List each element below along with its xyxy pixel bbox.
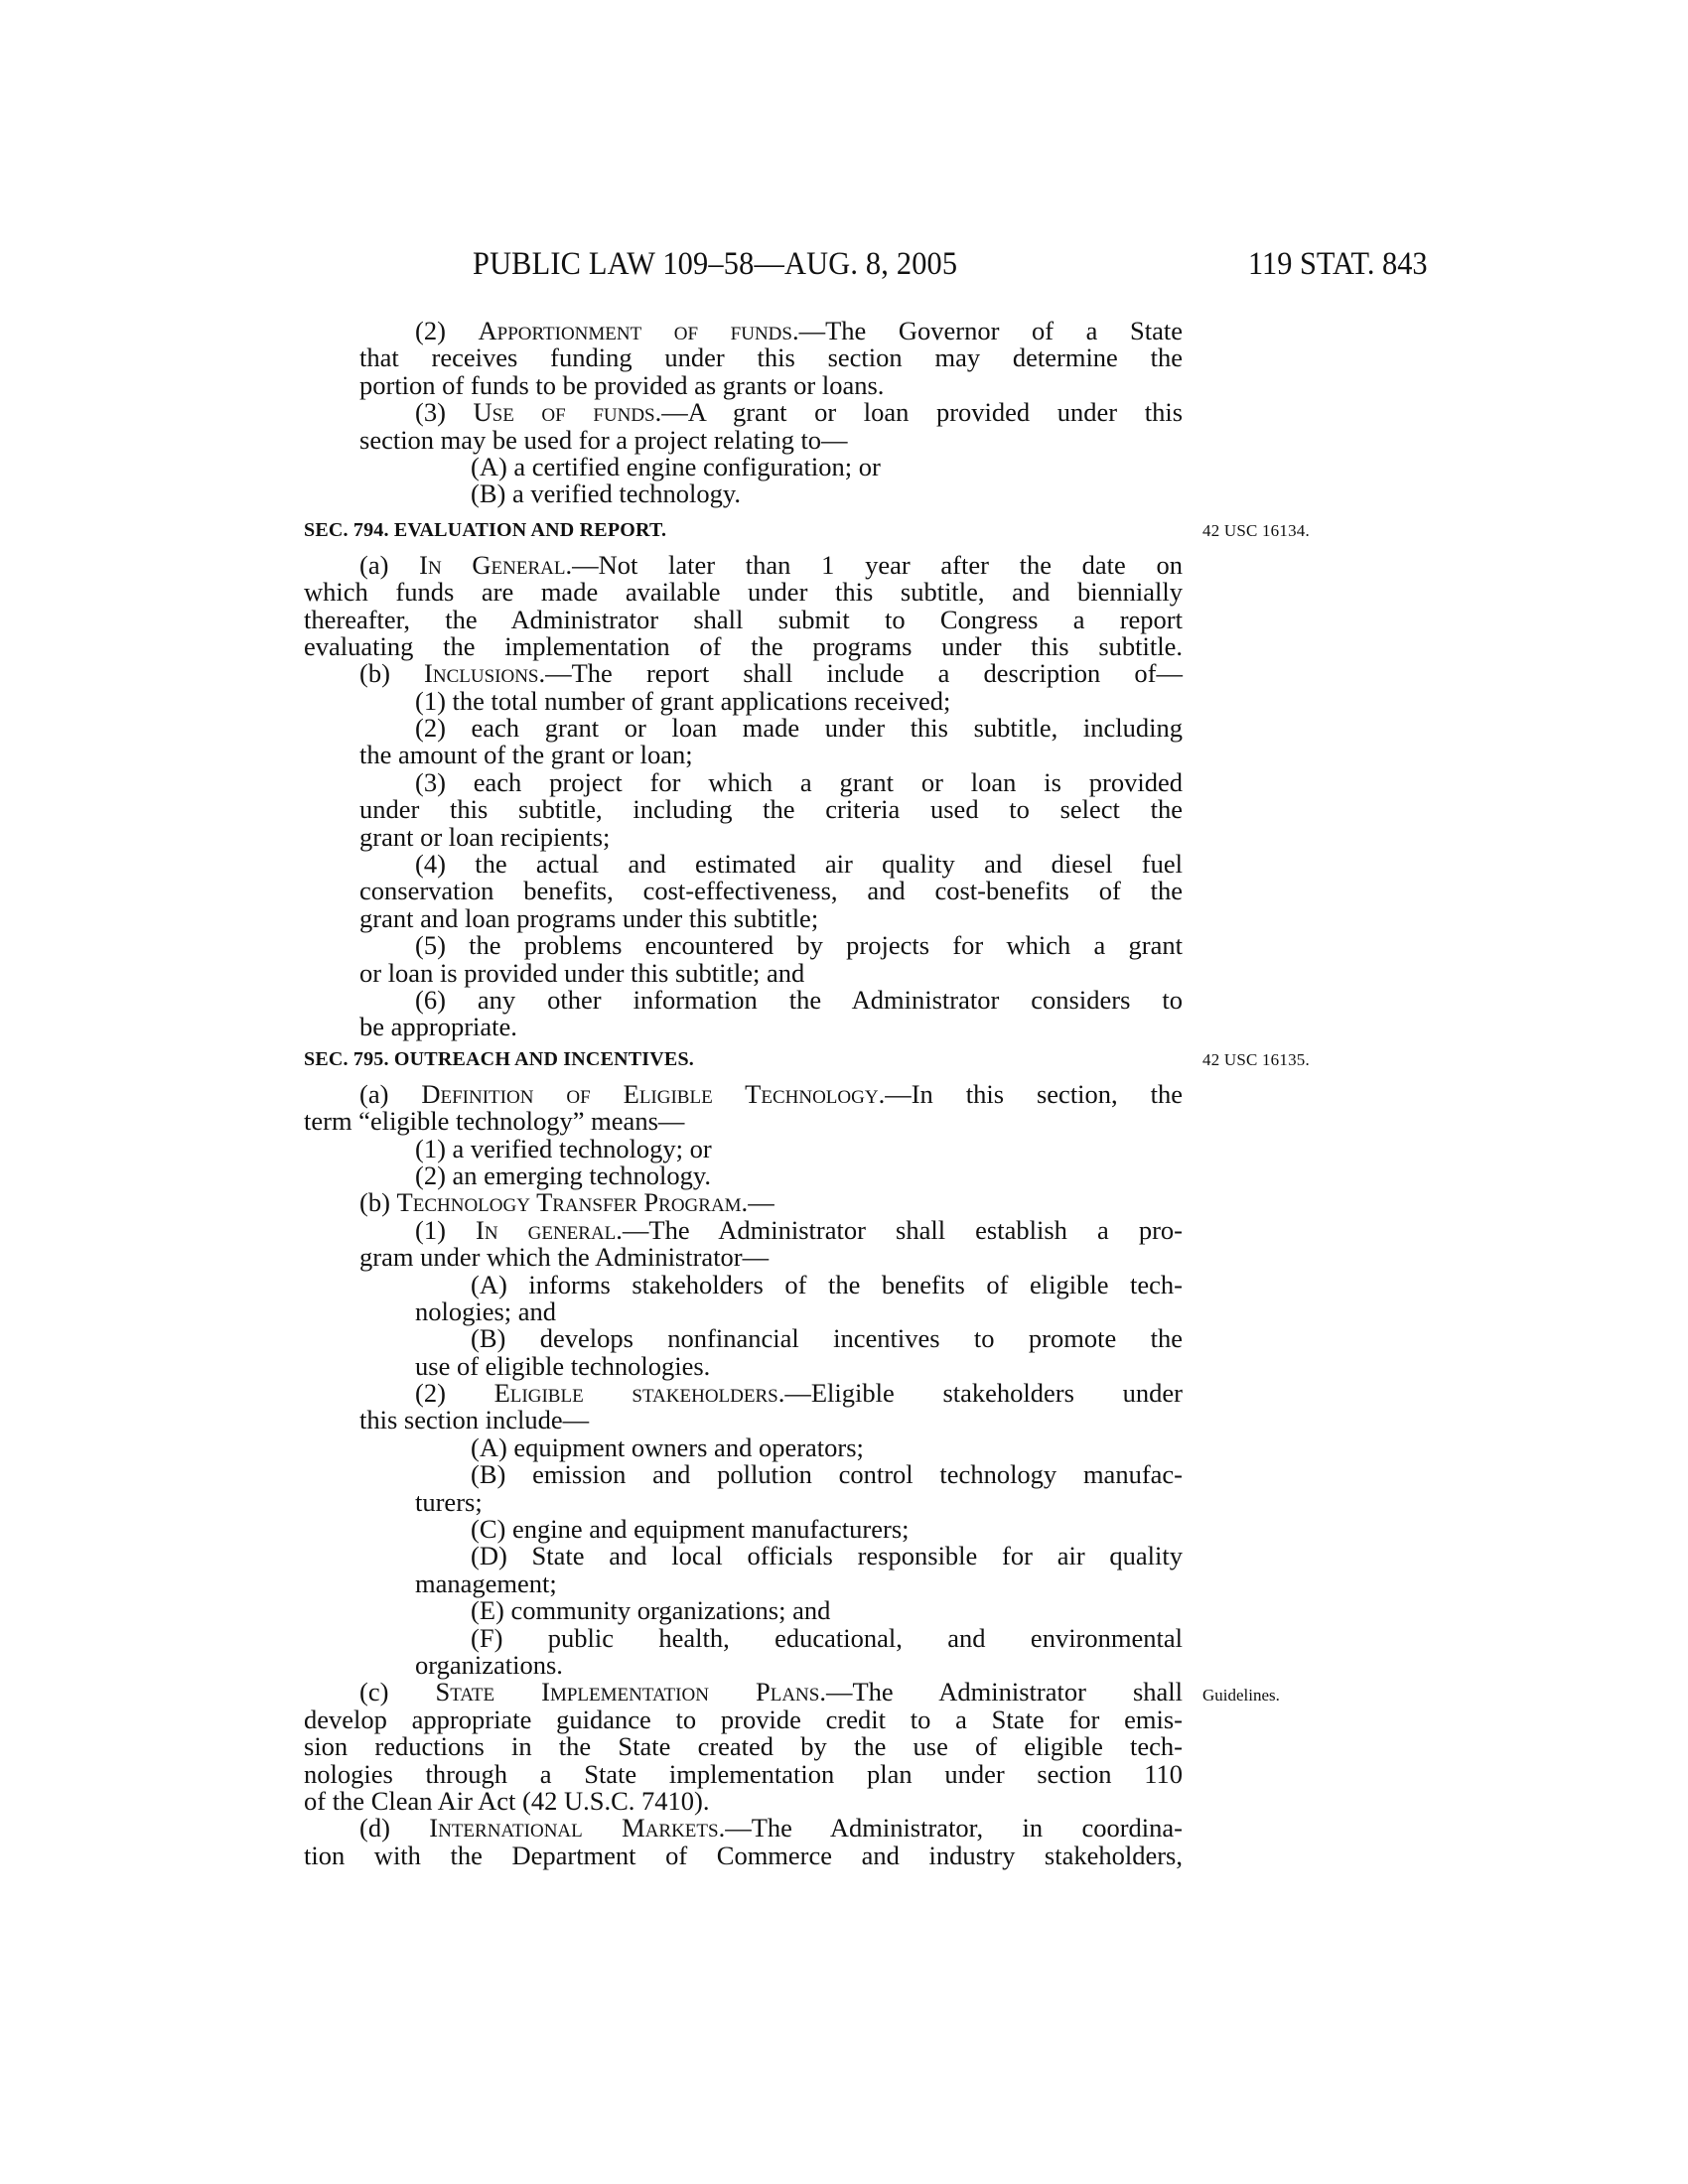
list-item: (E) community organizations; and bbox=[304, 1597, 1183, 1624]
usc-citation-note: 42 USC 16134. bbox=[1202, 517, 1310, 544]
list-item: (B) develops nonfinancial incentives to … bbox=[304, 1325, 1183, 1352]
public-law-title: PUBLIC LAW 109–58—AUG. 8, 2005 bbox=[473, 246, 957, 283]
guidelines-margin-note: Guidelines. bbox=[1202, 1682, 1280, 1708]
paragraph-heading: Use of funds. bbox=[474, 397, 662, 427]
subsection-794-b: (b) Inclusions.—The report shall include… bbox=[304, 660, 1183, 1040]
section-heading-794: SEC. 794. EVALUATION AND REPORT. 42 USC … bbox=[304, 517, 1396, 544]
subsection-795-b: (b) Technology Transfer Program.— (1) In… bbox=[304, 1189, 1183, 1679]
page-body: (2) Apportionment of funds.—The Governor… bbox=[304, 318, 1396, 1869]
list-item: (1) a verified technology; or bbox=[304, 1136, 1183, 1162]
paragraph-apportionment-of-funds: (2) Apportionment of funds.—The Governor… bbox=[304, 318, 1183, 399]
list-item: (B) emission and pollution control techn… bbox=[304, 1461, 1183, 1488]
list-item: (A) informs stakeholders of the benefits… bbox=[304, 1272, 1183, 1298]
section-heading-795: SEC. 795. OUTREACH AND INCENTIVES. 42 US… bbox=[304, 1046, 1396, 1073]
list-item: (F) public health, educational, and envi… bbox=[304, 1625, 1183, 1652]
list-item: (B) a verified technology. bbox=[304, 480, 1183, 507]
statute-page-number: 119 STAT. 843 bbox=[1248, 246, 1428, 283]
list-item: (3) each project for which a grant or lo… bbox=[304, 769, 1183, 796]
list-item: (6) any other information the Administra… bbox=[304, 987, 1183, 1014]
list-item: (A) a certified engine configuration; or bbox=[304, 454, 1183, 480]
paragraph-use-of-funds: (3) Use of funds.—A grant or loan provid… bbox=[304, 399, 1183, 508]
paragraph-heading: Apportionment of funds. bbox=[478, 316, 798, 345]
usc-citation-note: 42 USC 16135. bbox=[1202, 1046, 1310, 1073]
list-item: (5) the problems encountered by projects… bbox=[304, 932, 1183, 959]
list-item: (A) equipment owners and operators; bbox=[304, 1434, 1183, 1461]
list-item: (2) each grant or loan made under this s… bbox=[304, 715, 1183, 742]
list-item: (4) the actual and estimated air quality… bbox=[304, 851, 1183, 878]
list-item: (1) the total number of grant applicatio… bbox=[304, 688, 1183, 715]
list-item: (D) State and local officials responsibl… bbox=[304, 1543, 1183, 1570]
subsection-795-c: (c) State Implementation Plans.—The Admi… bbox=[304, 1679, 1183, 1815]
list-item: (2) an emerging technology. bbox=[304, 1162, 1183, 1189]
list-item: (C) engine and equipment manufacturers; bbox=[304, 1516, 1183, 1543]
running-header: PUBLIC LAW 109–58—AUG. 8, 2005 119 STAT.… bbox=[0, 246, 1688, 286]
subsection-794-a: (a) In General.—Not later than 1 year af… bbox=[304, 552, 1183, 661]
subsection-795-d: (d) International Markets.—The Administr… bbox=[304, 1815, 1183, 1869]
subsection-795-a: (a) Definition of Eligible Technology.—I… bbox=[304, 1081, 1183, 1190]
